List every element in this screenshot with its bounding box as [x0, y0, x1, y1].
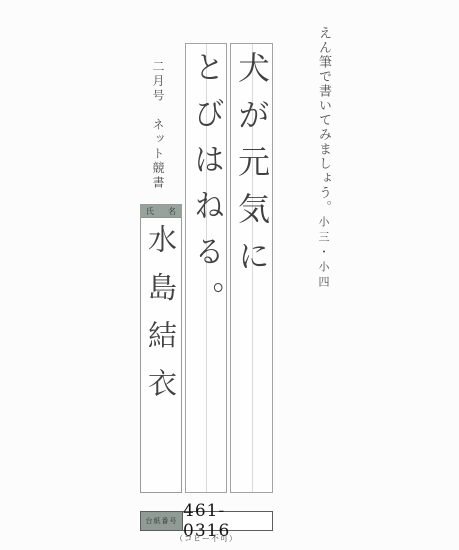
name-field-header: 氏 名 — [141, 205, 181, 218]
name-strip: 氏 名 水島結衣 — [140, 204, 182, 493]
instruction-text: えん筆で書いてみましょう。 — [314, 26, 333, 215]
handwriting-column-1: 犬が元気に — [231, 44, 272, 286]
penmanship-sheet: えん筆で書いてみましょう。 小三・小四 二月号 ネット競書 犬が元気に とびはね… — [0, 0, 459, 550]
writing-strip-1: 犬が元気に — [230, 43, 273, 493]
handwritten-name: 水島結衣 — [141, 218, 181, 416]
serial-number-label: 台紙番号 — [141, 512, 183, 530]
copy-prohibited-note: （コピー不可） — [140, 533, 273, 544]
name-header-right-char: 名 — [168, 206, 176, 217]
serial-number-value: 461-0316 — [183, 512, 272, 530]
writing-strip-2: とびはねる。 — [185, 43, 227, 493]
serial-number-block: 台紙番号 461-0316 — [140, 511, 273, 531]
issue-label: 二月号 ネット競書 — [150, 60, 167, 191]
name-header-left-char: 氏 — [146, 206, 154, 217]
handwriting-column-2: とびはねる。 — [186, 44, 226, 327]
grade-levels-text: 小三・小四 — [315, 216, 331, 291]
